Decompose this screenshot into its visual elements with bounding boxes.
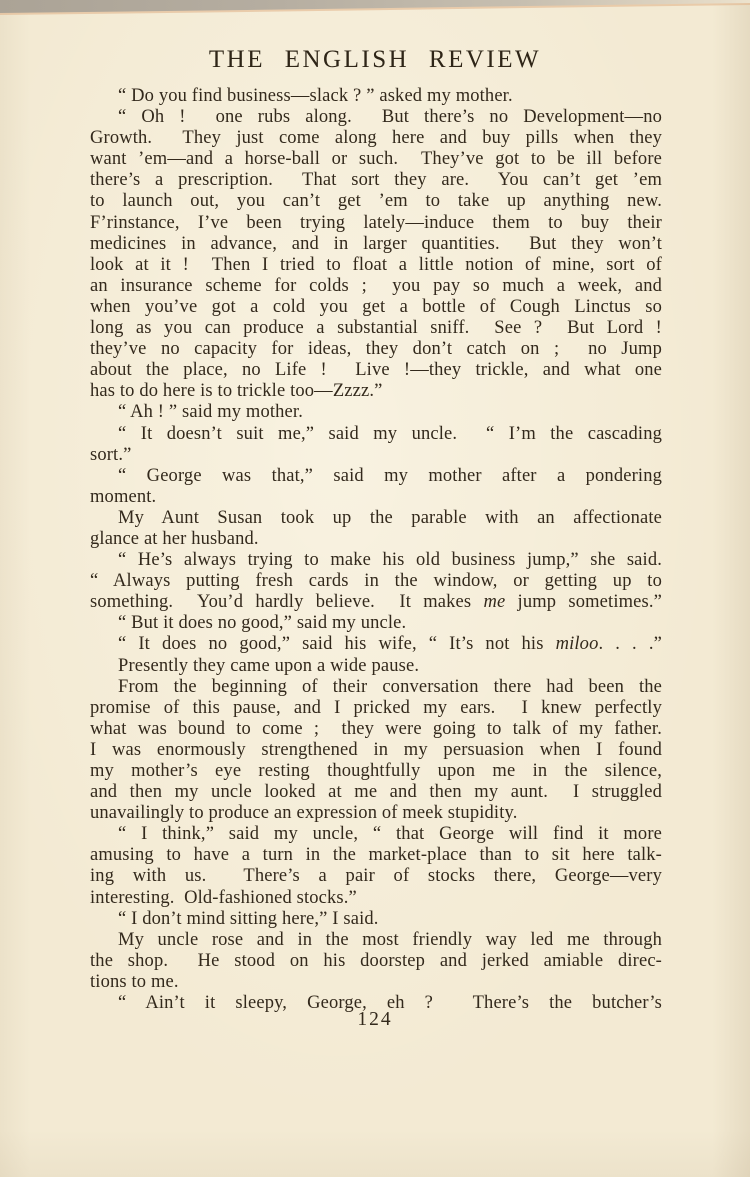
italic-text: miloo xyxy=(556,634,599,654)
text-segment: “ But it does no good,” said my uncle. xyxy=(118,613,406,633)
text-segment: interesting. Old-fashioned stocks.” xyxy=(90,888,357,908)
text-segment: Growth. They just come along here and bu… xyxy=(90,128,662,148)
text-segment: jump sometimes.” xyxy=(505,592,662,612)
text-line: My Aunt Susan took up the parable with a… xyxy=(90,508,662,529)
text-line: interesting. Old-fashioned stocks.” xyxy=(90,888,662,909)
text-line: Growth. They just come along here and bu… xyxy=(90,128,662,149)
text-segment: my mother’s eye resting thoughtfully upo… xyxy=(90,761,662,781)
text-segment: “ I think,” said my uncle, “ that George… xyxy=(118,824,662,844)
text-segment: tions to me. xyxy=(90,972,179,992)
text-line: there’s a prescription. That sort they a… xyxy=(90,170,662,191)
text-line: “ Do you find business—slack ? ” asked m… xyxy=(90,86,662,107)
text-line: and then my uncle looked at me and then … xyxy=(90,782,662,803)
text-segment: there’s a prescription. That sort they a… xyxy=(90,170,662,190)
text-segment: From the beginning of their conversation… xyxy=(118,677,662,697)
text-segment: “ Oh ! one rubs along. But there’s no De… xyxy=(118,107,662,127)
text-line: tions to me. xyxy=(90,972,662,993)
text-segment: “ It does no good,” said his wife, “ It’… xyxy=(118,634,556,654)
text-segment: amusing to have a turn in the market-pla… xyxy=(90,845,662,865)
text-line: they’ve no capacity for ideas, they don’… xyxy=(90,339,662,360)
text-line: unavailingly to produce an expression of… xyxy=(90,803,662,824)
text-segment: look at it ! Then I tried to float a lit… xyxy=(90,255,662,275)
text-line: Presently they came upon a wide pause. xyxy=(90,656,662,677)
text-line: want ’em—and a horse-ball or such. They’… xyxy=(90,149,662,170)
text-segment: . . . .” xyxy=(598,634,662,654)
text-line: From the beginning of their conversation… xyxy=(90,677,662,698)
text-line: “ But it does no good,” said my uncle. xyxy=(90,613,662,634)
text-line: sort.” xyxy=(90,445,662,466)
text-line: moment. xyxy=(90,487,662,508)
text-line: glance at her husband. xyxy=(90,529,662,550)
text-line: my mother’s eye resting thoughtfully upo… xyxy=(90,761,662,782)
text-segment: “ Do you find business—slack ? ” asked m… xyxy=(118,86,513,106)
text-segment: to launch out, you can’t get ’em to take… xyxy=(90,191,662,211)
text-segment: “ George was that,” said my mother after… xyxy=(118,466,662,486)
text-segment: “ Ah ! ” said my mother. xyxy=(118,402,303,422)
text-line: amusing to have a turn in the market-pla… xyxy=(90,845,662,866)
text-line: “ It doesn’t suit me,” said my uncle. “ … xyxy=(90,424,662,445)
text-segment: the shop. He stood on his doorstep and j… xyxy=(90,951,662,971)
text-line: “ Ah ! ” said my mother. xyxy=(90,402,662,423)
text-segment: sort.” xyxy=(90,445,132,465)
text-line: “ Always putting fresh cards in the wind… xyxy=(90,571,662,592)
text-segment: moment. xyxy=(90,487,156,507)
text-segment: something. You’d hardly believe. It make… xyxy=(90,592,483,612)
text-segment: I was enormously strengthened in my pers… xyxy=(90,740,662,760)
text-line: when you’ve got a cold you get a bottle … xyxy=(90,297,662,318)
text-segment: long as you can produce a substantial sn… xyxy=(90,318,662,338)
text-line: medicines in advance, and in larger quan… xyxy=(90,234,662,255)
text-line: ing with us. There’s a pair of stocks th… xyxy=(90,866,662,887)
text-line: promise of this pause, and I pricked my … xyxy=(90,698,662,719)
text-line: what was bound to come ; they were going… xyxy=(90,719,662,740)
text-segment: “ He’s always trying to make his old bus… xyxy=(118,550,662,570)
text-segment: F’rinstance, I’ve been trying lately—ind… xyxy=(90,213,662,233)
text-segment: glance at her husband. xyxy=(90,529,259,549)
text-line: look at it ! Then I tried to float a lit… xyxy=(90,255,662,276)
page-number: 124 xyxy=(0,1009,750,1031)
text-line: an insurance scheme for colds ; you pay … xyxy=(90,276,662,297)
text-segment: when you’ve got a cold you get a bottle … xyxy=(90,297,662,317)
text-segment: and then my uncle looked at me and then … xyxy=(90,782,662,802)
text-segment: Presently they came upon a wide pause. xyxy=(118,656,419,676)
text-segment: they’ve no capacity for ideas, they don’… xyxy=(90,339,662,359)
text-segment: what was bound to come ; they were going… xyxy=(90,719,662,739)
text-line: I was enormously strengthened in my pers… xyxy=(90,740,662,761)
text-segment: My Aunt Susan took up the parable with a… xyxy=(118,508,662,528)
text-segment: has to do here is to trickle too—Zzzz.” xyxy=(90,381,383,401)
text-segment: My uncle rose and in the most friendly w… xyxy=(118,930,662,950)
text-line: the shop. He stood on his doorstep and j… xyxy=(90,951,662,972)
text-line: “ Oh ! one rubs along. But there’s no De… xyxy=(90,107,662,128)
text-segment: want ’em—and a horse-ball or such. They’… xyxy=(90,149,662,169)
text-line: long as you can produce a substantial sn… xyxy=(90,318,662,339)
italic-text: me xyxy=(483,592,505,612)
text-line: has to do here is to trickle too—Zzzz.” xyxy=(90,381,662,402)
text-line: “ I think,” said my uncle, “ that George… xyxy=(90,824,662,845)
text-line: something. You’d hardly believe. It make… xyxy=(90,592,662,613)
text-line: to launch out, you can’t get ’em to take… xyxy=(90,191,662,212)
text-segment: unavailingly to produce an expression of… xyxy=(90,803,517,823)
text-segment: an insurance scheme for colds ; you pay … xyxy=(90,276,662,296)
text-line: “ George was that,” said my mother after… xyxy=(90,466,662,487)
text-line: “ He’s always trying to make his old bus… xyxy=(90,550,662,571)
text-column: “ Do you find business—slack ? ” asked m… xyxy=(90,86,662,1014)
text-line: My uncle rose and in the most friendly w… xyxy=(90,930,662,951)
text-line: F’rinstance, I’ve been trying lately—ind… xyxy=(90,213,662,234)
text-line: “ I don’t mind sitting here,” I said. xyxy=(90,909,662,930)
text-segment: ing with us. There’s a pair of stocks th… xyxy=(90,866,662,886)
text-line: “ It does no good,” said his wife, “ It’… xyxy=(90,634,662,655)
text-segment: medicines in advance, and in larger quan… xyxy=(90,234,662,254)
page-title: THE ENGLISH REVIEW xyxy=(0,46,750,73)
text-segment: promise of this pause, and I pricked my … xyxy=(90,698,662,718)
text-segment: “ I don’t mind sitting here,” I said. xyxy=(118,909,379,929)
text-segment: “ It doesn’t suit me,” said my uncle. “ … xyxy=(118,424,662,444)
text-segment: “ Always putting fresh cards in the wind… xyxy=(90,571,662,591)
text-segment: about the place, no Life ! Live !—they t… xyxy=(90,360,662,380)
text-line: about the place, no Life ! Live !—they t… xyxy=(90,360,662,381)
